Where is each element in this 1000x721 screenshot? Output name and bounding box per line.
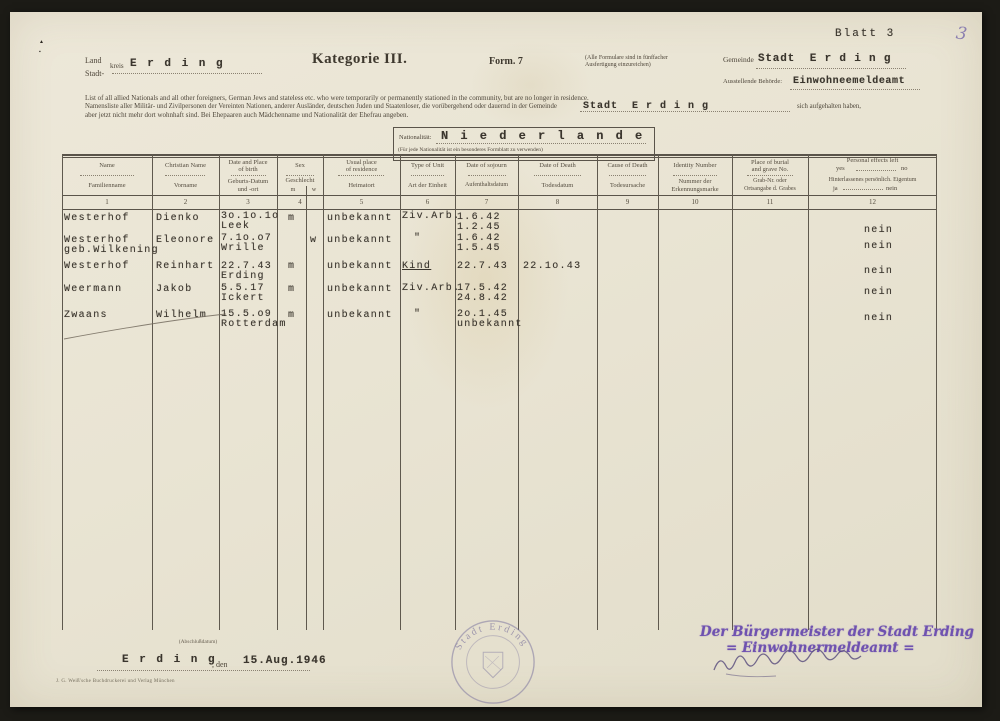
col-header-de-residence: Heimatort (323, 177, 400, 194)
row-1-name-addition: geb.Wilkening (64, 245, 159, 256)
column-line (323, 154, 324, 630)
column-line (518, 154, 519, 630)
col-number: 11 (732, 198, 808, 206)
dotted-separator (80, 175, 134, 176)
footer-den-label: , den (212, 660, 228, 669)
row-4-unit: " (414, 309, 421, 320)
column-line (808, 154, 809, 630)
col-header-de-effects: Hinterlassenes persönlich. Eigentum (808, 176, 937, 185)
copies-note: (Alle Formulare sind in fünffacher Ausfe… (585, 55, 668, 69)
col-header-de-name: Familienname (62, 177, 152, 194)
field-underline (436, 143, 646, 144)
col-header-effects-no: no (901, 165, 908, 172)
col-header-de-sex: Geschlecht (277, 175, 323, 187)
row-0-residence: unbekannt (327, 213, 393, 224)
printer-imprint: J. G. Weiß'sche Buchdruckerei und Verlag… (56, 679, 175, 684)
column-line (597, 154, 598, 630)
col-header-en-unit: Type of Unit (400, 157, 455, 175)
field-underline (580, 111, 790, 112)
field-underline (97, 670, 310, 671)
row-0-sojourn-to: 1.2.45 (457, 222, 501, 233)
field-underline (790, 89, 920, 90)
col-header-en-christian-name: Christian Name (152, 157, 219, 175)
table-border (62, 154, 936, 156)
sex-subcolumn-line (306, 186, 307, 630)
col-number: 4 (277, 198, 323, 206)
dotted-separator (843, 189, 883, 190)
field-underline (112, 73, 262, 74)
col-header-effects-ja: ja (833, 185, 838, 192)
column-line (219, 154, 220, 630)
column-line (732, 154, 733, 630)
dotted-separator (165, 175, 205, 176)
footer-place: E r d i n g (122, 654, 217, 666)
dotted-separator (411, 175, 444, 176)
col-header-de-sojourn: Aufenthaltsdatum (455, 177, 518, 194)
row-1-sojourn-to: 1.5.45 (457, 243, 501, 254)
authority-label: Ausstellende Behörde: (723, 78, 782, 85)
column-line (936, 154, 937, 630)
col-number: 8 (518, 198, 597, 206)
intro-english: List of all allied Nationals and all oth… (85, 94, 589, 102)
gemeinde-value: Stadt E r d i n g (758, 53, 891, 65)
intro-german-3: aber jetzt nicht mehr dort wohnhaft sind… (85, 111, 408, 119)
dotted-separator (673, 175, 717, 176)
row-3-unit: Ziv.Arb. (402, 283, 460, 294)
row-4-residence: unbekannt (327, 310, 393, 321)
table-border (62, 195, 936, 196)
scanned-document: ▲ ▪ Blatt 3 3 Land Stadt- kreis E r d i … (0, 0, 1000, 721)
dotted-separator (609, 175, 646, 176)
col-header-effects-nein: nein (886, 185, 897, 192)
municipal-seal-stamp: Stadt Erding (447, 617, 539, 707)
row-1-effects: nein (864, 241, 893, 252)
land-label: Land (85, 56, 101, 65)
col-header-de-death-cause: Todesursache (597, 177, 658, 194)
intro-german-2: sich aufgehalten haben, (797, 103, 861, 110)
column-line (658, 154, 659, 630)
district-value: E r d i n g (130, 58, 225, 70)
row-3-name: Weermann (64, 284, 122, 295)
seal-text: Stadt Erding (453, 622, 531, 652)
registration-mark-icon: ▲ (39, 40, 44, 45)
col-header-de-burial: Grab-Nr. oder Ortsangabe d. Grabes (732, 177, 808, 194)
row-0-name: Westerhof (64, 213, 130, 224)
row-3-effects: nein (864, 287, 893, 298)
table-border (62, 209, 936, 211)
column-line (400, 154, 401, 630)
col-header-en-death-date: Date of Death (518, 157, 597, 175)
form-number: Form. 7 (489, 56, 523, 67)
row-2-residence: unbekannt (327, 261, 393, 272)
row-2-first-name: Reinhart (156, 261, 214, 272)
col-header-de-birth: Geburts-Datum und -ort (219, 177, 277, 194)
registration-mark-icon: ▪ (39, 50, 41, 55)
col-header-en-birth: Date and Place of birth (219, 157, 277, 175)
row-0-first-name: Dienko (156, 213, 200, 224)
row-2-sex: m (288, 261, 295, 272)
stadt-label: Stadt- (85, 69, 104, 78)
col-header-sex-w: w (305, 187, 323, 193)
row-1-first-name: Eleonore (156, 235, 214, 246)
col-number: 2 (152, 198, 219, 206)
category-title: Kategorie III. (312, 51, 407, 68)
row-4-sojourn-to: unbekannt (457, 319, 523, 330)
row-3-first-name: Jakob (156, 284, 193, 295)
row-0-unit: Ziv.Arb. (402, 211, 460, 222)
row-3-sojourn-to: 24.8.42 (457, 293, 508, 304)
col-number: 1 (62, 198, 152, 206)
col-header-de-death-date: Todesdatum (518, 177, 597, 194)
mayor-stamp-line1: Der Bürgermeister der Stadt Erding (700, 624, 974, 640)
dotted-separator (338, 175, 384, 176)
row-0-sex: m (288, 213, 295, 224)
row-2-effects: nein (864, 266, 893, 277)
col-number: 6 (400, 198, 455, 206)
col-header-en-identity: Identity Number (658, 157, 732, 175)
dotted-separator (231, 175, 266, 176)
row-2-name: Westerhof (64, 261, 130, 272)
row-1-unit: " (414, 233, 421, 244)
row-0-effects: nein (864, 225, 893, 236)
col-header-en-sojourn: Date of sojourn (455, 157, 518, 175)
col-number: 12 (808, 198, 937, 206)
row-4-effects: nein (864, 313, 893, 324)
dotted-separator (468, 175, 506, 176)
nationality-label: Nationalität: (399, 134, 432, 141)
row-4-sex: m (288, 310, 295, 321)
gemeinde-label: Gemeinde (723, 55, 754, 64)
sheet-number: Blatt 3 (835, 28, 895, 40)
col-number: 9 (597, 198, 658, 206)
pencil-stroke (58, 303, 233, 345)
row-2-unit: Kind (402, 261, 431, 272)
col-header-en-burial: Place of burial and grave No. (732, 157, 808, 175)
col-number: 7 (455, 198, 518, 206)
footer-date: 15.Aug.1946 (243, 655, 327, 667)
col-header-en-effects: Personal effects left (808, 156, 937, 166)
col-number: 10 (658, 198, 732, 206)
col-header-de-unit: Art der Einheit (400, 177, 455, 194)
row-1-residence: unbekannt (327, 235, 393, 246)
kreis-label: kreis (110, 62, 124, 70)
row-3-residence: unbekannt (327, 284, 393, 295)
row-2-sojourn-from: 22.7.43 (457, 261, 508, 272)
row-0-birth-place: Leek (221, 221, 250, 232)
col-header-sex-m: m (283, 187, 303, 193)
col-header-en-death-cause: Cause of Death (597, 157, 658, 175)
signature-scribble (706, 640, 886, 682)
col-header-en-name: Name (62, 157, 152, 175)
intro-german-1: Namensliste aller Militär- und Zivilpers… (85, 103, 557, 110)
row-2-death-date: 22.1o.43 (523, 261, 581, 272)
row-2-birth-place: Erding (221, 271, 265, 282)
nationality-value: N i e d e r l a n d e (441, 129, 645, 143)
col-header-en-residence: Usual place of residence (323, 157, 400, 175)
col-header-de-identity: Nummer der Erkennungsmarke (658, 177, 732, 194)
dotted-separator (534, 175, 581, 176)
row-3-sex: m (288, 284, 295, 295)
column-line (277, 154, 278, 630)
col-header-de-christian-name: Vorname (152, 177, 219, 194)
dotted-separator (856, 170, 896, 171)
col-header-en-sex: Sex (277, 157, 323, 175)
nationality-note: (Für jede Nationalität ist ein besondere… (398, 147, 543, 153)
row-1-birth-place: Wrille (221, 243, 265, 254)
column-line (152, 154, 153, 630)
authority-value: Einwohneemeldeamt (793, 76, 905, 87)
date-caption: (Abschlußdatum) (158, 639, 238, 645)
field-underline (756, 68, 906, 69)
dotted-separator (747, 175, 793, 176)
column-line (62, 154, 63, 630)
svg-text:Stadt Erding: Stadt Erding (453, 622, 531, 652)
col-header-effects-yes: yes (836, 165, 845, 172)
column-line (455, 154, 456, 630)
col-number: 3 (219, 198, 277, 206)
col-number: 5 (323, 198, 400, 206)
row-1-sex: w (310, 235, 317, 246)
